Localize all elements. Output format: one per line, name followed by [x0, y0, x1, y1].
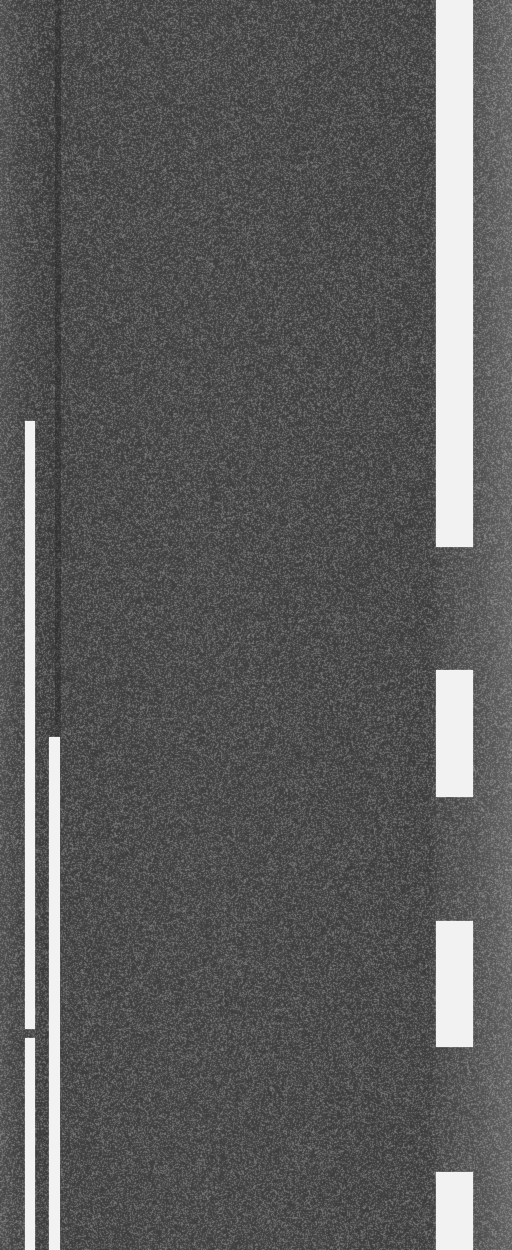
lane-dash-4: [436, 1172, 473, 1250]
left-solid-line-outer: [49, 737, 60, 1250]
left-solid-line-inner-upper: [25, 421, 35, 1029]
lane-dash-2: [436, 670, 473, 797]
lane-dash-1: [436, 0, 473, 547]
left-solid-line-inner-lower: [25, 1038, 35, 1250]
lane-dash-3: [436, 921, 473, 1047]
road-scene: [0, 0, 512, 1250]
